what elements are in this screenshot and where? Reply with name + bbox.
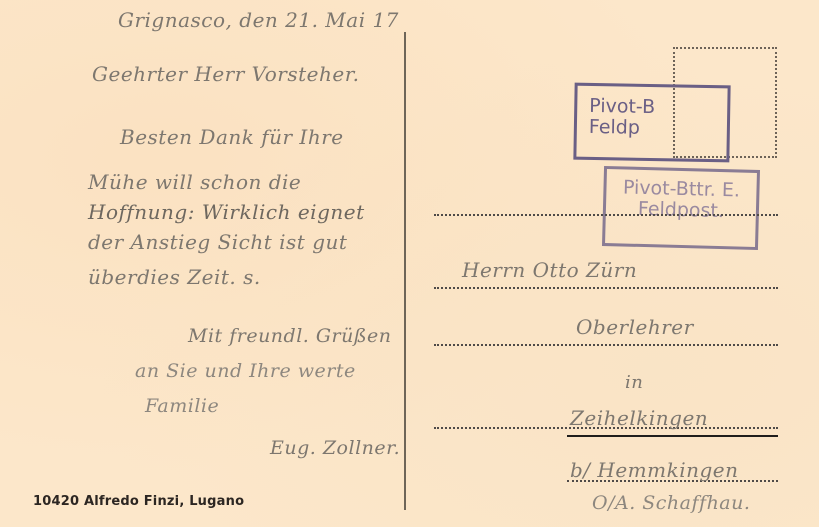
address-in: in	[625, 372, 643, 393]
publisher-imprint: 10420 Alfredo Finzi, Lugano	[33, 494, 244, 509]
address-postal-town: b/ Hemmkingen	[570, 458, 739, 482]
address-district: O/A. Schaffhau.	[592, 492, 750, 514]
message-line: Mühe will schon die	[88, 170, 301, 194]
cancellation-line: Feldpost.	[606, 198, 757, 223]
message-date-line: Grignasco, den 21. Mai 17	[118, 8, 399, 32]
message-line: überdies Zeit. s.	[88, 265, 261, 289]
address-line-rule	[434, 214, 778, 216]
address-recipient: Herrn Otto Zürn	[462, 258, 637, 282]
center-divider	[404, 32, 406, 510]
message-closing-line: an Sie und Ihre werte	[135, 360, 356, 382]
message-signature: Eug. Zollner.	[270, 437, 400, 459]
message-line: Besten Dank für Ihre	[120, 125, 344, 149]
cancellation-line: Feldp	[577, 117, 689, 140]
postcard-back: Grignasco, den 21. Mai 17 Geehrter Herr …	[0, 0, 819, 527]
cancellation-line: Pivot-B	[577, 96, 689, 119]
message-closing-line: Familie	[145, 395, 219, 417]
message-salutation: Geehrter Herr Vorsteher.	[92, 62, 359, 86]
address-underline	[567, 435, 778, 437]
feldpost-cancellation-stamp: Pivot-B Feldp	[573, 83, 730, 163]
address-line-rule	[434, 344, 778, 346]
address-line-rule	[434, 287, 778, 289]
message-line: Hoffnung: Wirklich eignet	[88, 200, 365, 224]
message-closing-line: Mit freundl. Grüßen	[188, 325, 392, 347]
address-title: Oberlehrer	[576, 315, 694, 339]
feldpost-cancellation-stamp: Pivot-Bttr. E. Feldpost.	[602, 166, 760, 250]
address-town: Zeihelkingen	[570, 406, 708, 430]
message-line: der Anstieg Sicht ist gut	[88, 230, 347, 254]
